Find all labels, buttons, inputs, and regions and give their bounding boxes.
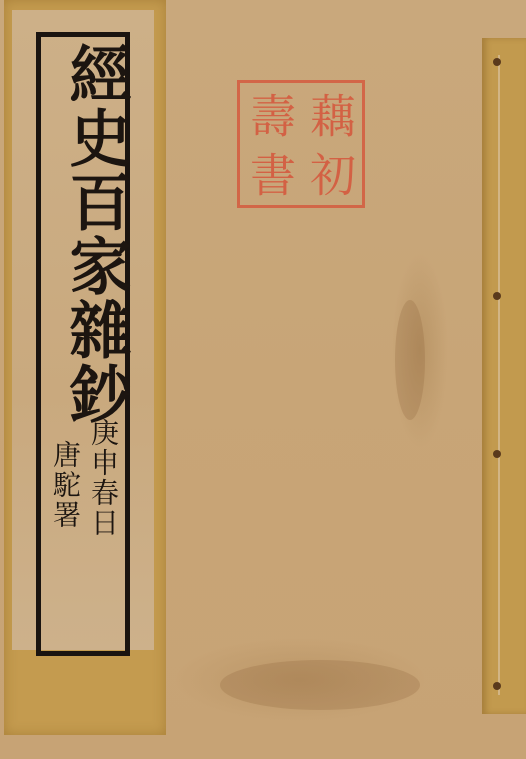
seal-char: 壽: [240, 85, 300, 144]
book-title: 經史百家雜鈔: [50, 42, 130, 426]
binding-strip: [482, 38, 526, 714]
seal-char: 書: [240, 144, 300, 203]
thread-hole-icon: [493, 450, 501, 458]
thread-hole-icon: [493, 58, 501, 66]
red-seal-stamp: 藕 初 壽 書: [237, 80, 365, 208]
book-cover: 經史百家雜鈔 庚申春日 唐駝署 藕 初 壽 書: [0, 0, 526, 759]
author-inscription: 唐駝署: [50, 440, 80, 530]
binding-thread: [498, 55, 500, 695]
seal-char: 藕: [300, 85, 360, 144]
thread-hole-icon: [493, 292, 501, 300]
stain: [220, 660, 420, 710]
stain: [395, 300, 425, 420]
thread-hole-icon: [493, 682, 501, 690]
seal-char: 初: [300, 144, 360, 203]
date-inscription: 庚申春日: [88, 418, 118, 538]
